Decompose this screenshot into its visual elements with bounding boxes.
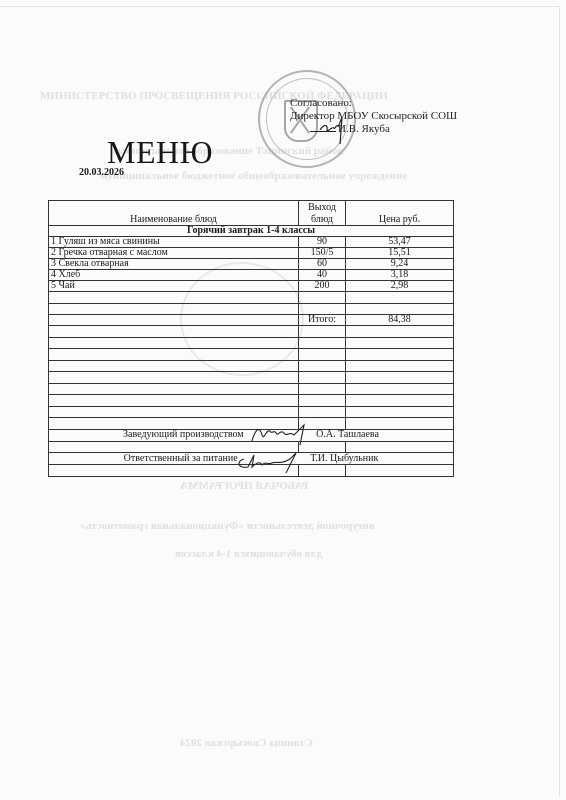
empty-cell: [299, 372, 346, 384]
production-head-label: Заведующий производством: [123, 429, 244, 440]
table-row: 1 Гуляш из мяса свинины 90 53,47: [49, 237, 454, 248]
empty-cell: [346, 395, 454, 407]
total-row: Итого: 84,38: [49, 315, 454, 326]
empty-cell: [299, 292, 346, 304]
page-title: МЕНЮ: [107, 134, 213, 171]
empty-row: [49, 383, 454, 395]
empty-row: [49, 395, 454, 407]
empty-cell: [346, 418, 454, 430]
table-row: 5 Чай 200 2,98: [49, 281, 454, 292]
empty-cell: [49, 315, 299, 326]
total-label: Итого:: [299, 315, 346, 326]
table-header-row: Наименование блюд Выход Цена руб.: [49, 201, 454, 214]
director-signature-icon: [318, 114, 352, 148]
empty-cell: [49, 360, 299, 372]
empty-cell: [346, 360, 454, 372]
nutrition-responsible-signature-row: Ответственный за питание Т.И. Цыбульник: [49, 453, 454, 465]
approval-signatory: И.В. Якуба: [290, 123, 457, 136]
empty-row: [49, 292, 454, 304]
dish-price: 53,47: [346, 237, 454, 248]
empty-row: [49, 349, 454, 361]
header-price: Цена руб.: [346, 201, 454, 226]
empty-cell: [346, 303, 454, 315]
empty-cell: [49, 395, 299, 407]
nutrition-responsible-name: Т.И. Цыбульник: [310, 453, 378, 464]
dish-name: 2 Гречка отварная с маслом: [49, 248, 299, 259]
total-value: 84,38: [346, 315, 454, 326]
dish-yield: 150/5: [299, 248, 346, 259]
dish-price: 15,51: [346, 248, 454, 259]
bleed-through-text: РАБОЧАЯ ПРОГРАММА: [180, 480, 308, 492]
empty-cell: [299, 395, 346, 407]
empty-cell: [346, 337, 454, 349]
signature-cell: Заведующий производством О.А. Ташлаева: [49, 429, 454, 441]
empty-cell: [346, 372, 454, 384]
page-edge: [0, 6, 560, 7]
empty-cell: [49, 383, 299, 395]
dish-name: 1 Гуляш из мяса свинины: [49, 237, 299, 248]
nutrition-responsible-label: Ответственный за питание: [124, 453, 238, 464]
empty-cell: [346, 292, 454, 304]
empty-cell: [346, 383, 454, 395]
dish-yield: 90: [299, 237, 346, 248]
empty-cell: [49, 326, 299, 338]
empty-cell: [346, 326, 454, 338]
header-dish-name: Наименование блюд: [49, 201, 299, 226]
empty-cell: [299, 465, 346, 477]
empty-cell: [346, 441, 454, 453]
empty-cell: [49, 337, 299, 349]
approval-position: Директор МБОУ Скосырской СОШ: [290, 110, 457, 123]
section-title: Горячий завтрак 1-4 классы: [49, 226, 454, 237]
table-row: 2 Гречка отварная с маслом 150/5 15,51: [49, 248, 454, 259]
dish-name: 5 Чай: [49, 281, 299, 292]
empty-cell: [49, 372, 299, 384]
menu-date: 20.03.2026: [79, 167, 124, 178]
header-yield-top: Выход: [299, 201, 346, 214]
approval-block: Согласовано: Директор МБОУ Скосырской СО…: [290, 97, 457, 136]
bleed-through-text: внеурочной деятельности «Функциональная …: [80, 520, 375, 532]
header-yield-bottom: блюд: [299, 213, 346, 226]
empty-cell: [299, 326, 346, 338]
dish-price: 3,18: [346, 270, 454, 281]
empty-row: [49, 326, 454, 338]
approval-heading: Согласовано:: [290, 97, 457, 110]
empty-cell: [346, 406, 454, 418]
empty-cell: [299, 360, 346, 372]
empty-cell: [49, 349, 299, 361]
dish-yield: 60: [299, 259, 346, 270]
bleed-through-text: муниципальное бюджетное общеобразователь…: [100, 170, 407, 182]
dish-price: 9,24: [346, 259, 454, 270]
production-head-signature-row: Заведующий производством О.А. Ташлаева: [49, 429, 454, 441]
empty-row: [49, 303, 454, 315]
empty-cell: [49, 406, 299, 418]
empty-row: [49, 337, 454, 349]
bleed-through-text: для обучающихся 1-4 классов: [175, 548, 322, 560]
bleed-through-text: Станица Скосырская 2024: [180, 737, 313, 749]
empty-row: [49, 360, 454, 372]
production-head-name: О.А. Ташлаева: [316, 429, 379, 440]
empty-cell: [49, 303, 299, 315]
dish-price: 2,98: [346, 281, 454, 292]
empty-row: [49, 372, 454, 384]
dish-name: 3 Свекла отварная: [49, 259, 299, 270]
signature-cell: Ответственный за питание Т.И. Цыбульник: [49, 453, 454, 465]
empty-cell: [299, 337, 346, 349]
section-row: Горячий завтрак 1-4 классы: [49, 226, 454, 237]
empty-cell: [299, 383, 346, 395]
empty-cell: [299, 349, 346, 361]
empty-cell: [299, 303, 346, 315]
menu-table: Наименование блюд Выход Цена руб. блюд Г…: [48, 200, 454, 477]
dish-yield: 40: [299, 270, 346, 281]
empty-cell: [346, 349, 454, 361]
empty-row: [49, 406, 454, 418]
empty-cell: [299, 406, 346, 418]
dish-name: 4 Хлеб: [49, 270, 299, 281]
page-edge-right: [559, 6, 560, 796]
table-row: 4 Хлеб 40 3,18: [49, 270, 454, 281]
dish-yield: 200: [299, 281, 346, 292]
empty-cell: [346, 465, 454, 477]
empty-cell: [49, 292, 299, 304]
table-row: 3 Свекла отварная 60 9,24: [49, 259, 454, 270]
